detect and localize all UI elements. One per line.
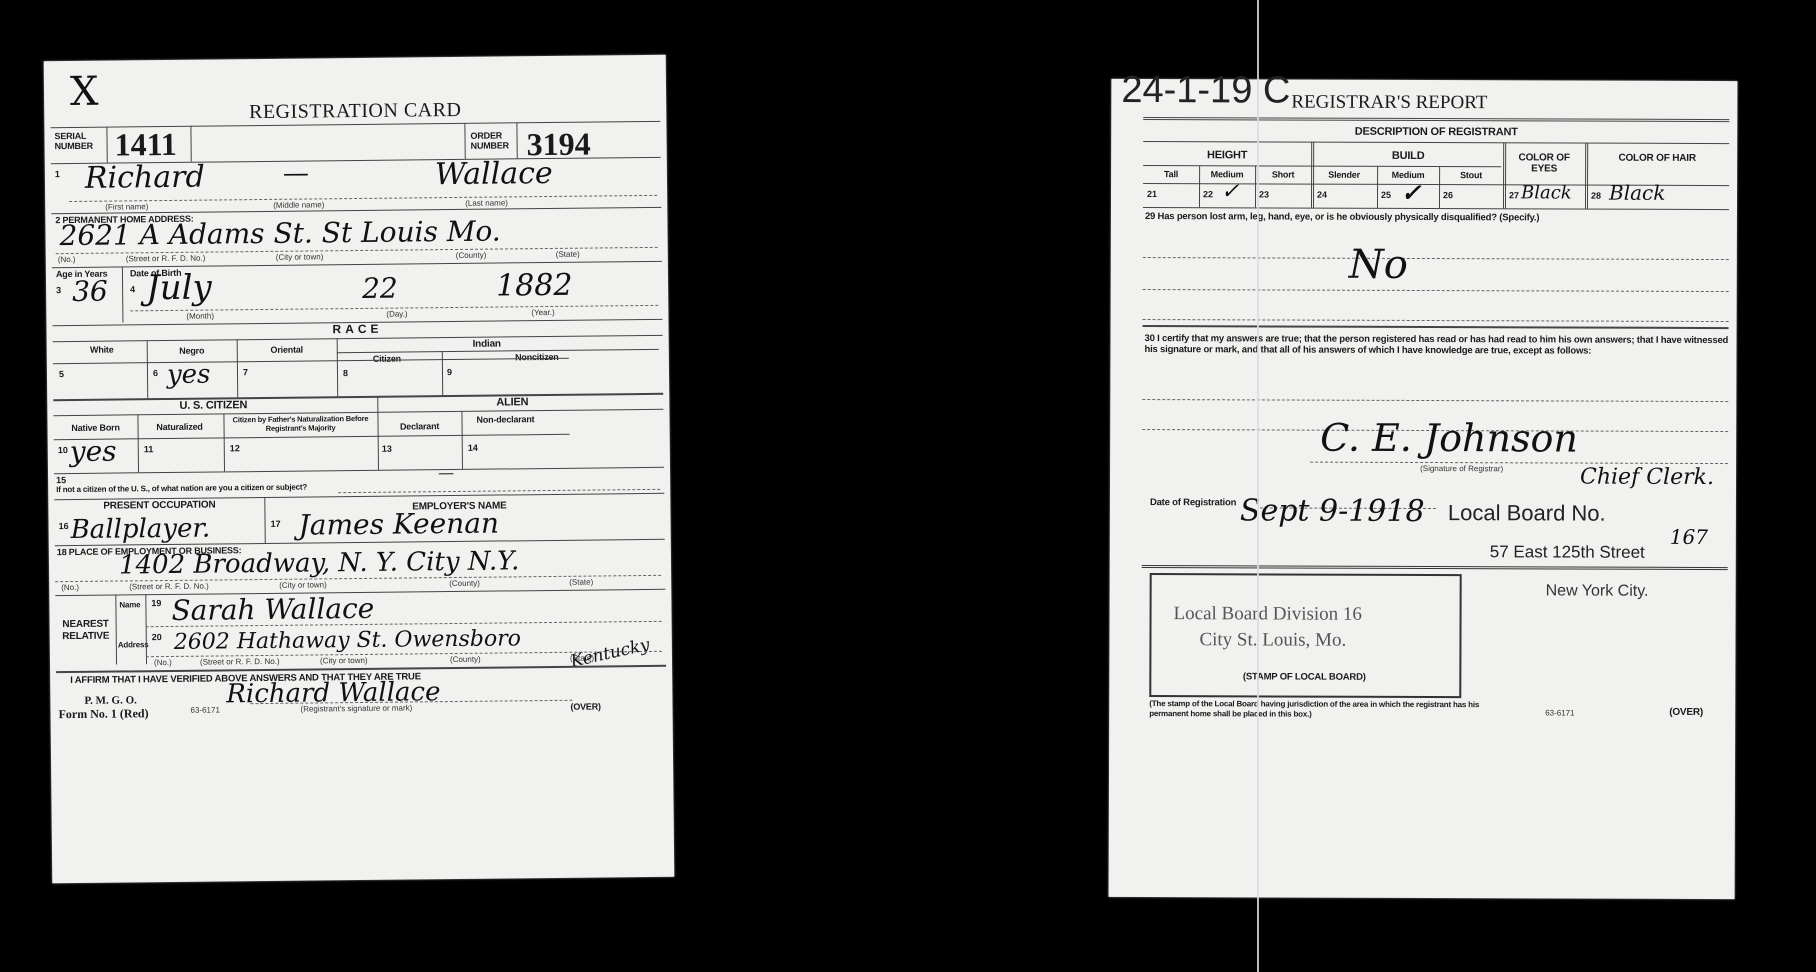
relative-name-value: Sarah Wallace xyxy=(171,592,374,627)
stamp-text-line1: Local Board Division 16 xyxy=(1174,603,1362,626)
field-number: 24 xyxy=(1317,190,1327,200)
build-medium-check: ✓ xyxy=(1401,178,1421,207)
order-label: ORDER NUMBER xyxy=(470,130,514,150)
date-of-registration-label: Date of Registration xyxy=(1150,497,1236,508)
middle-name: — xyxy=(283,159,309,189)
over-label: (OVER) xyxy=(1669,707,1703,718)
eyes-color-value: Black xyxy=(1521,182,1572,203)
local-board-city: New York City. xyxy=(1546,582,1649,600)
scan-seam-line xyxy=(1257,0,1259,972)
hair-heading: COLOR OF HAIR xyxy=(1587,153,1727,164)
file-number: 24-1-19 C xyxy=(1121,69,1290,113)
race-negro-label: Negro xyxy=(147,345,237,356)
race-oriental-label: Oriental xyxy=(237,344,337,355)
q15-text: If not a citizen of the U. S., of what n… xyxy=(56,483,307,495)
local-board-stamp: Local Board No. xyxy=(1448,500,1606,527)
naturalized-label: Naturalized xyxy=(137,421,221,432)
build-stout-label: Stout xyxy=(1439,170,1503,180)
occupation-value: Ballplayer. xyxy=(70,514,210,545)
stamp-caption: (STAMP OF LOCAL BOARD) xyxy=(1149,671,1459,683)
nearest-relative-heading: NEAREST RELATIVE xyxy=(56,619,116,644)
local-board-address: 57 East 125th Street xyxy=(1490,542,1645,563)
relative-label-city: (City or town) xyxy=(320,656,368,665)
eyes-heading: COLOR OF EYES xyxy=(1505,152,1583,174)
place-label-no: (No.) xyxy=(61,583,79,592)
field-number: 27 xyxy=(1509,190,1519,200)
height-medium-label: Medium xyxy=(1199,169,1255,179)
last-name: Wallace xyxy=(435,156,553,192)
field-number: 6 xyxy=(153,368,158,378)
field-number: 23 xyxy=(1259,189,1269,199)
field-number: 28 xyxy=(1591,191,1601,201)
field-number: 20 xyxy=(152,632,162,642)
relative-label-street: (Street or R. F. D. No.) xyxy=(200,657,280,667)
place-of-employment-value: 1402 Broadway, N. Y. City N.Y. xyxy=(119,546,520,580)
field-number: 21 xyxy=(1147,189,1157,199)
form-office: P. M. G. O. xyxy=(84,694,137,707)
first-name: Richard xyxy=(85,160,205,196)
stamp-text-line2: City St. Louis, Mo. xyxy=(1199,629,1346,652)
field-number: 15 xyxy=(56,475,66,485)
date-of-registration-value: Sept 9-1918 xyxy=(1240,493,1425,529)
relative-address-value: 2602 Hathaway St. Owensboro xyxy=(174,626,521,655)
height-heading: HEIGHT xyxy=(1143,149,1311,162)
description-heading: DESCRIPTION OF REGISTRANT xyxy=(1143,125,1729,139)
field-number: 10 xyxy=(58,445,68,455)
height-medium-check: ✓ xyxy=(1221,179,1240,204)
signature-label: (Registrant's signature or mark) xyxy=(300,703,412,713)
q30-text: 30 I certify that my answers are true; t… xyxy=(1144,333,1734,357)
relative-label-county: (County) xyxy=(450,655,481,664)
field-number: 26 xyxy=(1443,190,1453,200)
field-number: 8 xyxy=(343,368,348,378)
race-negro-value: yes xyxy=(167,360,211,390)
serial-label: SERIAL NUMBER xyxy=(54,131,104,152)
field-number: 19 xyxy=(151,598,161,608)
field-number: 12 xyxy=(230,443,240,453)
field-number: 14 xyxy=(468,443,478,453)
dob-month: July xyxy=(146,268,212,309)
race-white-label: White xyxy=(57,344,147,355)
field-number: 3 xyxy=(56,285,61,295)
field-number: 11 xyxy=(144,444,154,454)
q29-text: 29 Has person lost arm, leg, hand, eye, … xyxy=(1145,211,1735,224)
last-name-label: (Last name) xyxy=(465,198,508,207)
field-number: 1 xyxy=(55,169,60,179)
employer-value: James Keenan xyxy=(298,507,499,542)
serial-number: 1411 xyxy=(114,126,177,164)
occupation-heading: PRESENT OCCUPATION xyxy=(54,499,264,512)
build-slender-label: Slender xyxy=(1313,170,1375,180)
registrar-signature-label: (Signature of Registrar) xyxy=(1420,464,1503,473)
q15-value: — xyxy=(438,463,454,482)
field-number: 5 xyxy=(59,369,64,379)
address-label-county: (County) xyxy=(456,251,487,260)
field-number: 16 xyxy=(59,521,69,531)
over-label: (OVER) xyxy=(570,701,600,711)
local-board-number: 167 xyxy=(1670,525,1708,549)
dob-day-label: (Day.) xyxy=(386,309,407,318)
native-born-label: Native Born xyxy=(54,422,138,433)
height-tall-label: Tall xyxy=(1143,169,1199,179)
field-number: 7 xyxy=(243,367,248,377)
declarant-label: Declarant xyxy=(378,421,462,432)
native-born-value: yes xyxy=(70,435,117,468)
relative-address-label: Address xyxy=(118,640,149,649)
home-address: 2621 A Adams St. St Louis Mo. xyxy=(59,215,500,253)
place-label-state: (State) xyxy=(569,578,593,587)
registration-card-front: X REGISTRATION CARD SERIAL NUMBER 1411 O… xyxy=(44,55,675,883)
age-value: 36 xyxy=(72,275,108,308)
dob-year: 1882 xyxy=(496,268,573,304)
field-number: 22 xyxy=(1203,189,1213,199)
form-code: 63-6171 xyxy=(1545,708,1574,717)
non-declarant-label: Non-declarant xyxy=(463,414,547,425)
middle-name-label: (Middle name) xyxy=(273,200,324,210)
relative-label-no: (No.) xyxy=(154,658,172,667)
citizen-by-father-label: Citizen by Father's Naturalization Befor… xyxy=(225,414,375,434)
address-label-city: (City or town) xyxy=(276,252,324,261)
address-label-street: (Street or R. F. D. No.) xyxy=(126,254,206,264)
dob-month-label: (Month) xyxy=(186,312,214,321)
address-label-state: (State) xyxy=(556,250,580,259)
hair-color-value: Black xyxy=(1609,181,1665,205)
field-number: 4 xyxy=(130,284,135,294)
dob-day: 22 xyxy=(362,272,398,305)
report-title: REGISTRAR'S REPORT xyxy=(1291,92,1487,115)
height-short-label: Short xyxy=(1255,169,1311,179)
place-label-street: (Street or R. F. D. No.) xyxy=(129,582,209,592)
place-label-city: (City or town) xyxy=(279,580,327,589)
alien-heading: ALIEN xyxy=(377,395,647,410)
form-number: Form No. 1 (Red) xyxy=(58,706,148,722)
build-heading: BUILD xyxy=(1313,150,1503,163)
q29-value: No xyxy=(1349,242,1408,288)
field-number: 17 xyxy=(271,519,281,529)
field-number: 25 xyxy=(1381,190,1391,200)
form-code: 63-6171 xyxy=(190,705,219,714)
registrar-title: Chief Clerk. xyxy=(1580,465,1714,490)
relative-name-label: Name xyxy=(119,600,140,609)
registration-card-back: 24-1-19 C REGISTRAR'S REPORT DESCRIPTION… xyxy=(1109,79,1738,899)
field-number: 9 xyxy=(447,367,452,377)
registrar-signature: C. E. Johnson xyxy=(1320,416,1578,461)
dob-year-label: (Year.) xyxy=(531,308,554,317)
place-label-county: (County) xyxy=(449,579,480,588)
us-citizen-heading: U. S. CITIZEN xyxy=(53,398,373,413)
field-number: 13 xyxy=(382,444,392,454)
stamp-note: (The stamp of the Local Board having jur… xyxy=(1149,699,1489,720)
address-label-no: (No.) xyxy=(58,255,76,264)
relative-label-state: (State) xyxy=(570,654,594,663)
first-name-label: (First name) xyxy=(105,202,148,211)
